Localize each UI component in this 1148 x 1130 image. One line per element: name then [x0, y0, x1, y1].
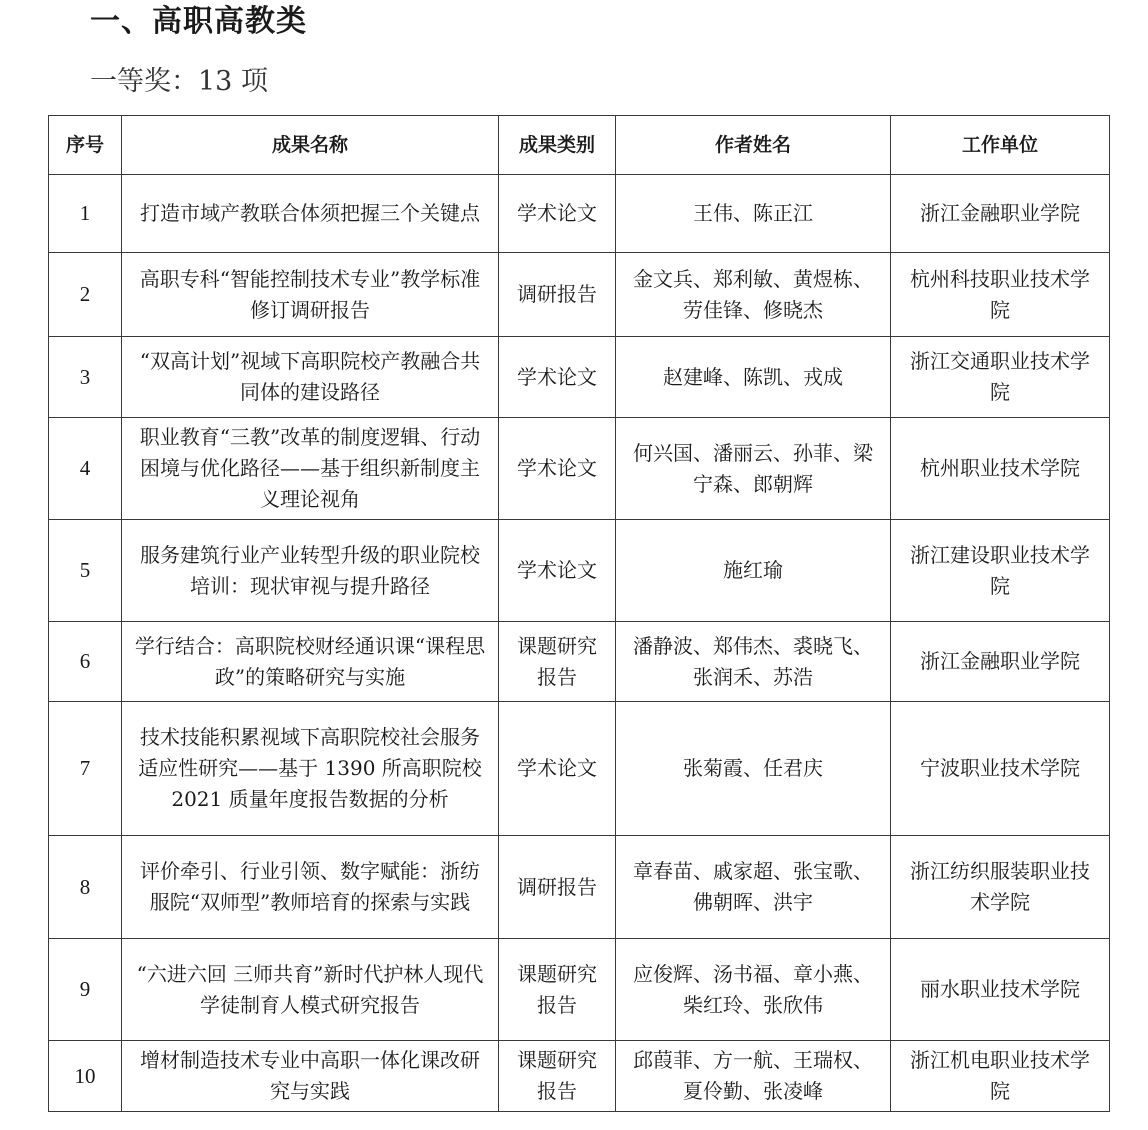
cell-title: 学行结合：高职院校财经通识课“课程思政”的策略研究与实施 — [122, 622, 499, 702]
cell-unit: 浙江机电职业技术学院 — [891, 1041, 1110, 1112]
cell-authors: 章春苗、戚家超、张宝歌、佛朝晖、洪宇 — [616, 836, 891, 939]
table-row: 8评价牵引、行业引领、数字赋能：浙纺服院“双师型”教师培育的探索与实践调研报告章… — [49, 836, 1110, 939]
cell-title: 打造市域产教联合体须把握三个关键点 — [122, 175, 499, 253]
cell-category: 学术论文 — [499, 520, 616, 622]
cell-authors: 金文兵、郑利敏、黄煜栋、劳佳锋、修晓杰 — [616, 253, 891, 337]
table-row: 10增材制造技术专业中高职一体化课改研究与实践课题研究报告邱葭菲、方一航、王瑞权… — [49, 1041, 1110, 1112]
cell-category: 学术论文 — [499, 337, 616, 418]
cell-category: 调研报告 — [499, 836, 616, 939]
cell-no: 2 — [49, 253, 122, 337]
header-no: 序号 — [49, 116, 122, 175]
award-level-heading: 一等奖：13 项 — [90, 62, 268, 102]
table-row: 1打造市域产教联合体须把握三个关键点学术论文王伟、陈正江浙江金融职业学院 — [49, 175, 1110, 253]
cell-unit: 浙江纺织服装职业技术学院 — [891, 836, 1110, 939]
table-row: 7技术技能积累视域下高职院校社会服务适应性研究——基于 1390 所高职院校 2… — [49, 702, 1110, 836]
cell-no: 1 — [49, 175, 122, 253]
header-title: 成果名称 — [122, 116, 499, 175]
cell-authors: 赵建峰、陈凯、戎成 — [616, 337, 891, 418]
cell-title: 高职专科“智能控制技术专业”教学标准修订调研报告 — [122, 253, 499, 337]
header-unit: 工作单位 — [891, 116, 1110, 175]
table-row: 2高职专科“智能控制技术专业”教学标准修订调研报告调研报告金文兵、郑利敏、黄煜栋… — [49, 253, 1110, 337]
cell-unit: 丽水职业技术学院 — [891, 939, 1110, 1041]
table-row: 6学行结合：高职院校财经通识课“课程思政”的策略研究与实施课题研究报告潘静波、郑… — [49, 622, 1110, 702]
cell-unit: 浙江金融职业学院 — [891, 175, 1110, 253]
cell-title: 评价牵引、行业引领、数字赋能：浙纺服院“双师型”教师培育的探索与实践 — [122, 836, 499, 939]
table-row: 4职业教育“三教”改革的制度逻辑、行动困境与优化路径——基于组织新制度主义理论视… — [49, 418, 1110, 520]
cell-unit: 浙江建设职业技术学院 — [891, 520, 1110, 622]
cell-no: 9 — [49, 939, 122, 1041]
cell-authors: 施红瑜 — [616, 520, 891, 622]
cell-title: 增材制造技术专业中高职一体化课改研究与实践 — [122, 1041, 499, 1112]
cell-category: 学术论文 — [499, 702, 616, 836]
cell-authors: 张菊霞、任君庆 — [616, 702, 891, 836]
cell-category: 学术论文 — [499, 418, 616, 520]
cell-category: 课题研究报告 — [499, 1041, 616, 1112]
cell-unit: 杭州职业技术学院 — [891, 418, 1110, 520]
cell-category: 调研报告 — [499, 253, 616, 337]
header-category: 成果类别 — [499, 116, 616, 175]
table-header-row: 序号 成果名称 成果类别 作者姓名 工作单位 — [49, 116, 1110, 175]
cell-title: 技术技能积累视域下高职院校社会服务适应性研究——基于 1390 所高职院校 20… — [122, 702, 499, 836]
header-authors: 作者姓名 — [616, 116, 891, 175]
table-row: 5服务建筑行业产业转型升级的职业院校培训：现状审视与提升路径学术论文施红瑜浙江建… — [49, 520, 1110, 622]
cell-authors: 何兴国、潘丽云、孙菲、梁宁森、郎朝辉 — [616, 418, 891, 520]
table-row: 9“六进六回 三师共育”新时代护林人现代学徒制育人模式研究报告课题研究报告应俊辉… — [49, 939, 1110, 1041]
cell-category: 课题研究报告 — [499, 939, 616, 1041]
cell-unit: 杭州科技职业技术学院 — [891, 253, 1110, 337]
cell-authors: 应俊辉、汤书福、章小燕、柴红玲、张欣伟 — [616, 939, 891, 1041]
table-row: 3“双高计划”视域下高职院校产教融合共同体的建设路径学术论文赵建峰、陈凯、戎成浙… — [49, 337, 1110, 418]
cell-unit: 浙江交通职业技术学院 — [891, 337, 1110, 418]
cell-no: 5 — [49, 520, 122, 622]
cell-authors: 王伟、陈正江 — [616, 175, 891, 253]
cell-no: 10 — [49, 1041, 122, 1112]
section-heading: 一、高职高教类 — [90, 0, 307, 44]
cell-title: 职业教育“三教”改革的制度逻辑、行动困境与优化路径——基于组织新制度主义理论视角 — [122, 418, 499, 520]
cell-no: 3 — [49, 337, 122, 418]
cell-title: “双高计划”视域下高职院校产教融合共同体的建设路径 — [122, 337, 499, 418]
cell-title: 服务建筑行业产业转型升级的职业院校培训：现状审视与提升路径 — [122, 520, 499, 622]
cell-unit: 宁波职业技术学院 — [891, 702, 1110, 836]
cell-category: 学术论文 — [499, 175, 616, 253]
cell-no: 8 — [49, 836, 122, 939]
cell-category: 课题研究报告 — [499, 622, 616, 702]
awards-table: 序号 成果名称 成果类别 作者姓名 工作单位 1打造市域产教联合体须把握三个关键… — [48, 115, 1110, 1112]
cell-authors: 潘静波、郑伟杰、裘晓飞、张润禾、苏浩 — [616, 622, 891, 702]
cell-no: 7 — [49, 702, 122, 836]
cell-no: 6 — [49, 622, 122, 702]
cell-no: 4 — [49, 418, 122, 520]
cell-authors: 邱葭菲、方一航、王瑞权、夏伶勤、张凌峰 — [616, 1041, 891, 1112]
cell-unit: 浙江金融职业学院 — [891, 622, 1110, 702]
cell-title: “六进六回 三师共育”新时代护林人现代学徒制育人模式研究报告 — [122, 939, 499, 1041]
